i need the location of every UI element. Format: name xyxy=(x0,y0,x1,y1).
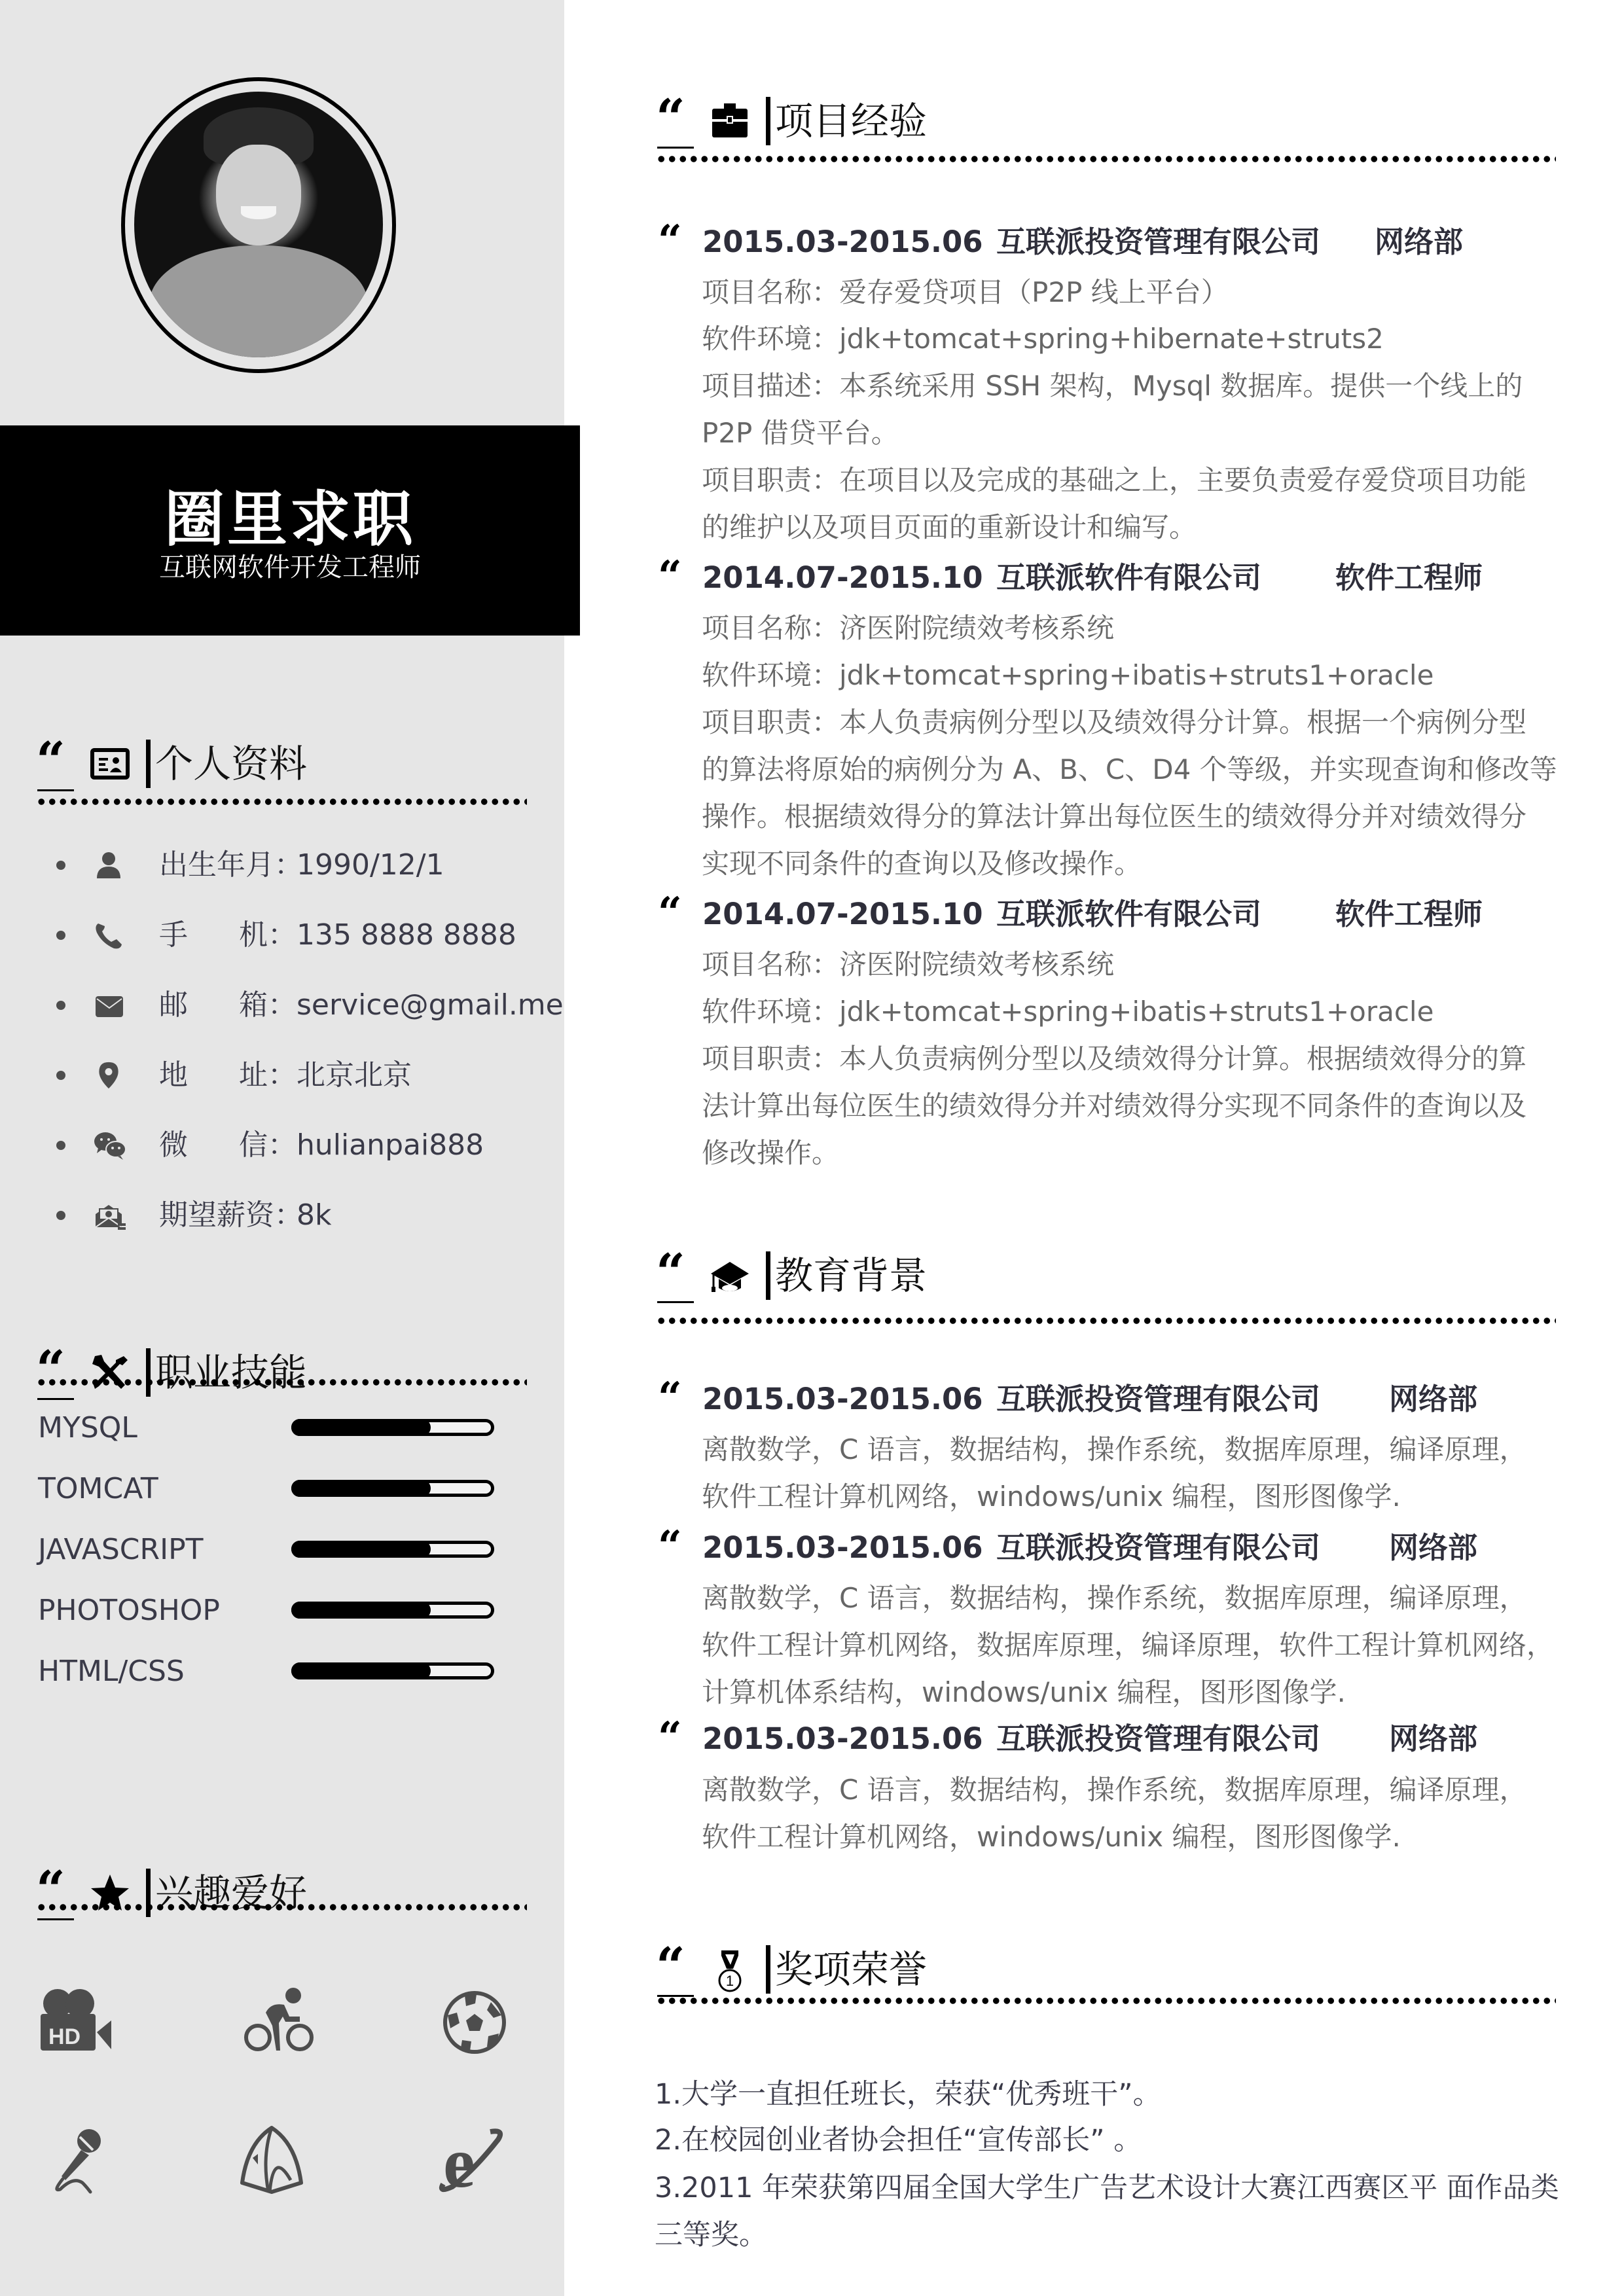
section-title: 项目经验 xyxy=(775,99,927,143)
name-band: 圈里求职 互联网软件开发工程师 xyxy=(0,425,580,636)
svg-text:1: 1 xyxy=(726,1973,734,1989)
quote-icon: “ xyxy=(658,1375,682,1421)
skill-row-photoshop: PHOTOSHOP xyxy=(38,1591,509,1630)
salary-envelope-icon xyxy=(93,1201,124,1230)
award-item: 1.大学一直担任班长，荣获“优秀班干”。 xyxy=(655,2075,1558,2114)
info-row-email: 邮箱： service@gmail.me xyxy=(52,986,550,1025)
skill-row-mysql: MYSQL xyxy=(38,1408,509,1448)
entry-date: 2015.03-2015.06 xyxy=(702,1716,983,1762)
skill-row-tomcat: TOMCAT xyxy=(38,1469,509,1509)
entry-line: 项目职责：在项目以及完成的基础之上，主要负责爱存爱贷项目功能 xyxy=(702,461,1566,500)
entry-line: 修改操作。 xyxy=(702,1134,1566,1173)
dotted-divider xyxy=(36,1904,527,1910)
entry-org: 互联派投资管理有限公司 xyxy=(996,1716,1320,1762)
quote-icon: “ xyxy=(658,890,682,936)
mail-icon xyxy=(93,991,124,1020)
soccer-ball-icon xyxy=(439,1986,511,2058)
section-title: 职业技能 xyxy=(155,1351,307,1394)
quote-icon: “ xyxy=(656,1941,685,1992)
cycling-icon xyxy=(242,1986,314,2058)
medal-icon: 1 xyxy=(710,1949,750,1990)
entry-line: 项目名称：济医附院绩效考核系统 xyxy=(702,609,1566,648)
dotted-divider xyxy=(656,1318,1556,1324)
section-title: 个人资料 xyxy=(155,742,307,785)
candidate-role: 互联网软件开发工程师 xyxy=(0,547,580,584)
entry-dept: 网络部 xyxy=(1389,1376,1477,1422)
divider-bar xyxy=(146,740,151,788)
avatar xyxy=(134,92,383,357)
entry-line: 项目职责：本人负责病例分型以及绩效得分计算。根据一个病例分型 xyxy=(702,703,1566,742)
entry-date: 2014.07-2015.10 xyxy=(702,555,983,601)
svg-text:HD: HD xyxy=(48,2024,81,2049)
info-row-birthdate: 出生年月： 1990/12/1 xyxy=(52,846,550,885)
section-header-projects: “ 项目经验 xyxy=(656,97,1559,149)
briefcase-icon xyxy=(710,101,750,141)
entry-line: P2P 借贷平台。 xyxy=(702,414,1566,453)
svg-text:e: e xyxy=(443,2124,475,2196)
entry-line: 计算机体系结构，windows/unix 编程，图形图像学. xyxy=(702,1673,1566,1712)
skill-bar xyxy=(291,1602,494,1619)
dotted-divider xyxy=(36,798,527,805)
dotted-divider xyxy=(36,1379,527,1386)
entry-line: 软件环境：jdk+tomcat+spring+hibernate+struts2 xyxy=(702,319,1566,359)
hd-video-camera-icon: HD xyxy=(39,1986,111,2058)
skill-bar xyxy=(291,1480,494,1497)
section-header-hobbies: “ 兴趣爱好 xyxy=(36,1869,533,1921)
quote-icon: “ xyxy=(656,1247,685,1299)
internet-explorer-icon: e xyxy=(435,2124,507,2196)
section-title: 教育背景 xyxy=(775,1254,927,1297)
birthdate-value: 1990/12/1 xyxy=(297,846,444,885)
entry-line: 项目描述：本系统采用 SSH 架构，Mysql 数据库。提供一个线上的 xyxy=(702,367,1566,406)
salary-value: 8k xyxy=(297,1196,331,1235)
skill-bar xyxy=(291,1662,494,1679)
skill-bar-fill xyxy=(291,1541,431,1558)
skill-row-html-css: HTML/CSS xyxy=(38,1652,509,1691)
entry-line: 的维护以及项目页面的重新设计和编写。 xyxy=(702,508,1566,547)
entry-org: 互联派投资管理有限公司 xyxy=(996,1525,1320,1571)
entry-line: 项目职责：本人负责病例分型以及绩效得分计算。根据绩效得分的算 xyxy=(702,1039,1566,1079)
entry-line: 的算法将原始的病例分为 A、B、C、D4 个等级，并实现查询和修改等 xyxy=(702,750,1566,789)
entry-line: 软件工程计算机网络，windows/unix 编程，图形图像学. xyxy=(702,1818,1566,1857)
divider-bar xyxy=(766,97,770,145)
info-row-wechat: 微信： hulianpai888 xyxy=(52,1126,550,1165)
award-item: 2.在校园创业者协会担任“宣传部长” 。 xyxy=(655,2121,1558,2160)
wechat-value: hulianpai888 xyxy=(297,1126,484,1165)
user-icon xyxy=(93,851,124,880)
entry-date: 2015.03-2015.06 xyxy=(702,1376,983,1422)
education-entry-header: “ 2015.03-2015.06 互联派投资管理有限公司 网络部 xyxy=(658,1716,1561,1762)
candidate-name: 圈里求职 xyxy=(0,471,580,558)
award-item: 三等奖。 xyxy=(655,2215,1558,2255)
entry-line: 项目名称：爱存爱贷项目（P2P 线上平台） xyxy=(702,273,1566,312)
entry-dept: 软件工程师 xyxy=(1335,891,1483,937)
location-pin-icon xyxy=(93,1061,124,1090)
dotted-divider xyxy=(656,1998,1556,2004)
entry-line: 实现不同条件的查询以及修改操作。 xyxy=(702,844,1566,884)
skill-bar-fill xyxy=(291,1662,431,1679)
entry-line: 软件环境：jdk+tomcat+spring+ibatis+struts1+or… xyxy=(702,656,1566,695)
info-row-salary: 期望薪资： 8k xyxy=(52,1196,550,1235)
education-entry-header: “ 2015.03-2015.06 互联派投资管理有限公司 网络部 xyxy=(658,1376,1561,1422)
skill-bar xyxy=(291,1541,494,1558)
quote-icon: “ xyxy=(658,554,682,600)
quote-icon: “ xyxy=(658,1715,682,1761)
phone-value: 135 8888 8888 xyxy=(297,916,516,955)
divider-bar xyxy=(146,1348,151,1397)
phone-icon xyxy=(93,921,124,950)
skill-bar xyxy=(291,1419,494,1436)
section-title: 奖项荣誉 xyxy=(775,1948,927,1991)
info-row-address: 地址： 北京北京 xyxy=(52,1056,550,1095)
section-header-personal: “ 个人资料 xyxy=(36,740,533,792)
entry-org: 互联派软件有限公司 xyxy=(996,891,1261,937)
dotted-divider xyxy=(656,156,1556,162)
entry-line: 软件工程计算机网络，windows/unix 编程，图形图像学. xyxy=(702,1477,1566,1516)
tools-icon xyxy=(90,1352,130,1393)
entry-date: 2015.03-2015.06 xyxy=(702,1525,983,1571)
quote-icon: “ xyxy=(36,736,65,787)
entry-dept: 网络部 xyxy=(1389,1525,1477,1571)
skill-row-javascript: JAVASCRIPT xyxy=(38,1530,509,1570)
skill-bar-fill xyxy=(291,1602,431,1619)
wechat-icon xyxy=(93,1131,124,1160)
project-entry-header: “ 2014.07-2015.10 互联派软件有限公司 软件工程师 xyxy=(658,891,1561,937)
section-header-education: “ 教育背景 xyxy=(656,1251,1559,1304)
email-value: service@gmail.me xyxy=(297,986,564,1025)
award-item: 3.2011 年荣获第四届全国大学生广告艺术设计大赛江西赛区平 面作品类 xyxy=(655,2168,1558,2208)
id-card-icon xyxy=(90,744,130,784)
microphone-icon xyxy=(39,2124,111,2196)
graduation-cap-icon xyxy=(710,1255,750,1296)
education-entry-header: “ 2015.03-2015.06 互联派投资管理有限公司 网络部 xyxy=(658,1525,1561,1571)
divider-bar xyxy=(766,1251,770,1300)
entry-line: 软件环境：jdk+tomcat+spring+ibatis+struts1+or… xyxy=(702,992,1566,1031)
entry-dept: 软件工程师 xyxy=(1335,555,1483,601)
tent-icon xyxy=(236,2124,308,2196)
entry-date: 2014.07-2015.10 xyxy=(702,891,983,937)
quote-icon: “ xyxy=(658,218,682,264)
project-entry-header: “ 2014.07-2015.10 互联派软件有限公司 软件工程师 xyxy=(658,555,1561,601)
entry-line: 法计算出每位医生的绩效得分并对绩效得分实现不同条件的查询以及 xyxy=(702,1086,1566,1126)
entry-org: 互联派投资管理有限公司 xyxy=(996,219,1320,265)
entry-line: 项目名称：济医附院绩效考核系统 xyxy=(702,945,1566,984)
project-entry-header: “ 2015.03-2015.06 互联派投资管理有限公司 网络部 xyxy=(658,219,1561,265)
address-value: 北京北京 xyxy=(297,1056,412,1095)
entry-dept: 网络部 xyxy=(1389,1716,1477,1762)
divider-bar xyxy=(766,1945,770,1994)
entry-date: 2015.03-2015.06 xyxy=(702,219,983,265)
entry-org: 互联派软件有限公司 xyxy=(996,555,1261,601)
entry-line: 离散数学，C 语言，数据结构，操作系统，数据库原理，编译原理， xyxy=(702,1579,1566,1618)
entry-line: 离散数学，C 语言，数据结构，操作系统，数据库原理，编译原理， xyxy=(702,1770,1566,1810)
entry-dept: 网络部 xyxy=(1375,219,1463,265)
quote-icon: “ xyxy=(658,1524,682,1570)
section-header-skills: “ 职业技能 xyxy=(36,1348,533,1401)
info-row-phone: 手机： 135 8888 8888 xyxy=(52,916,550,955)
quote-icon: “ xyxy=(36,1344,65,1395)
section-header-awards: “ 1 奖项荣誉 xyxy=(656,1945,1559,1998)
entry-org: 互联派投资管理有限公司 xyxy=(996,1376,1320,1422)
skill-bar-fill xyxy=(291,1419,431,1436)
quote-icon: “ xyxy=(656,93,685,144)
entry-line: 软件工程计算机网络，数据库原理，编译原理，软件工程计算机网络， xyxy=(702,1626,1566,1665)
entry-line: 操作。根据绩效得分的算法计算出每位医生的绩效得分并对绩效得分 xyxy=(702,797,1566,836)
skill-bar-fill xyxy=(291,1480,431,1497)
entry-line: 离散数学，C 语言，数据结构，操作系统，数据库原理，编译原理， xyxy=(702,1430,1566,1469)
